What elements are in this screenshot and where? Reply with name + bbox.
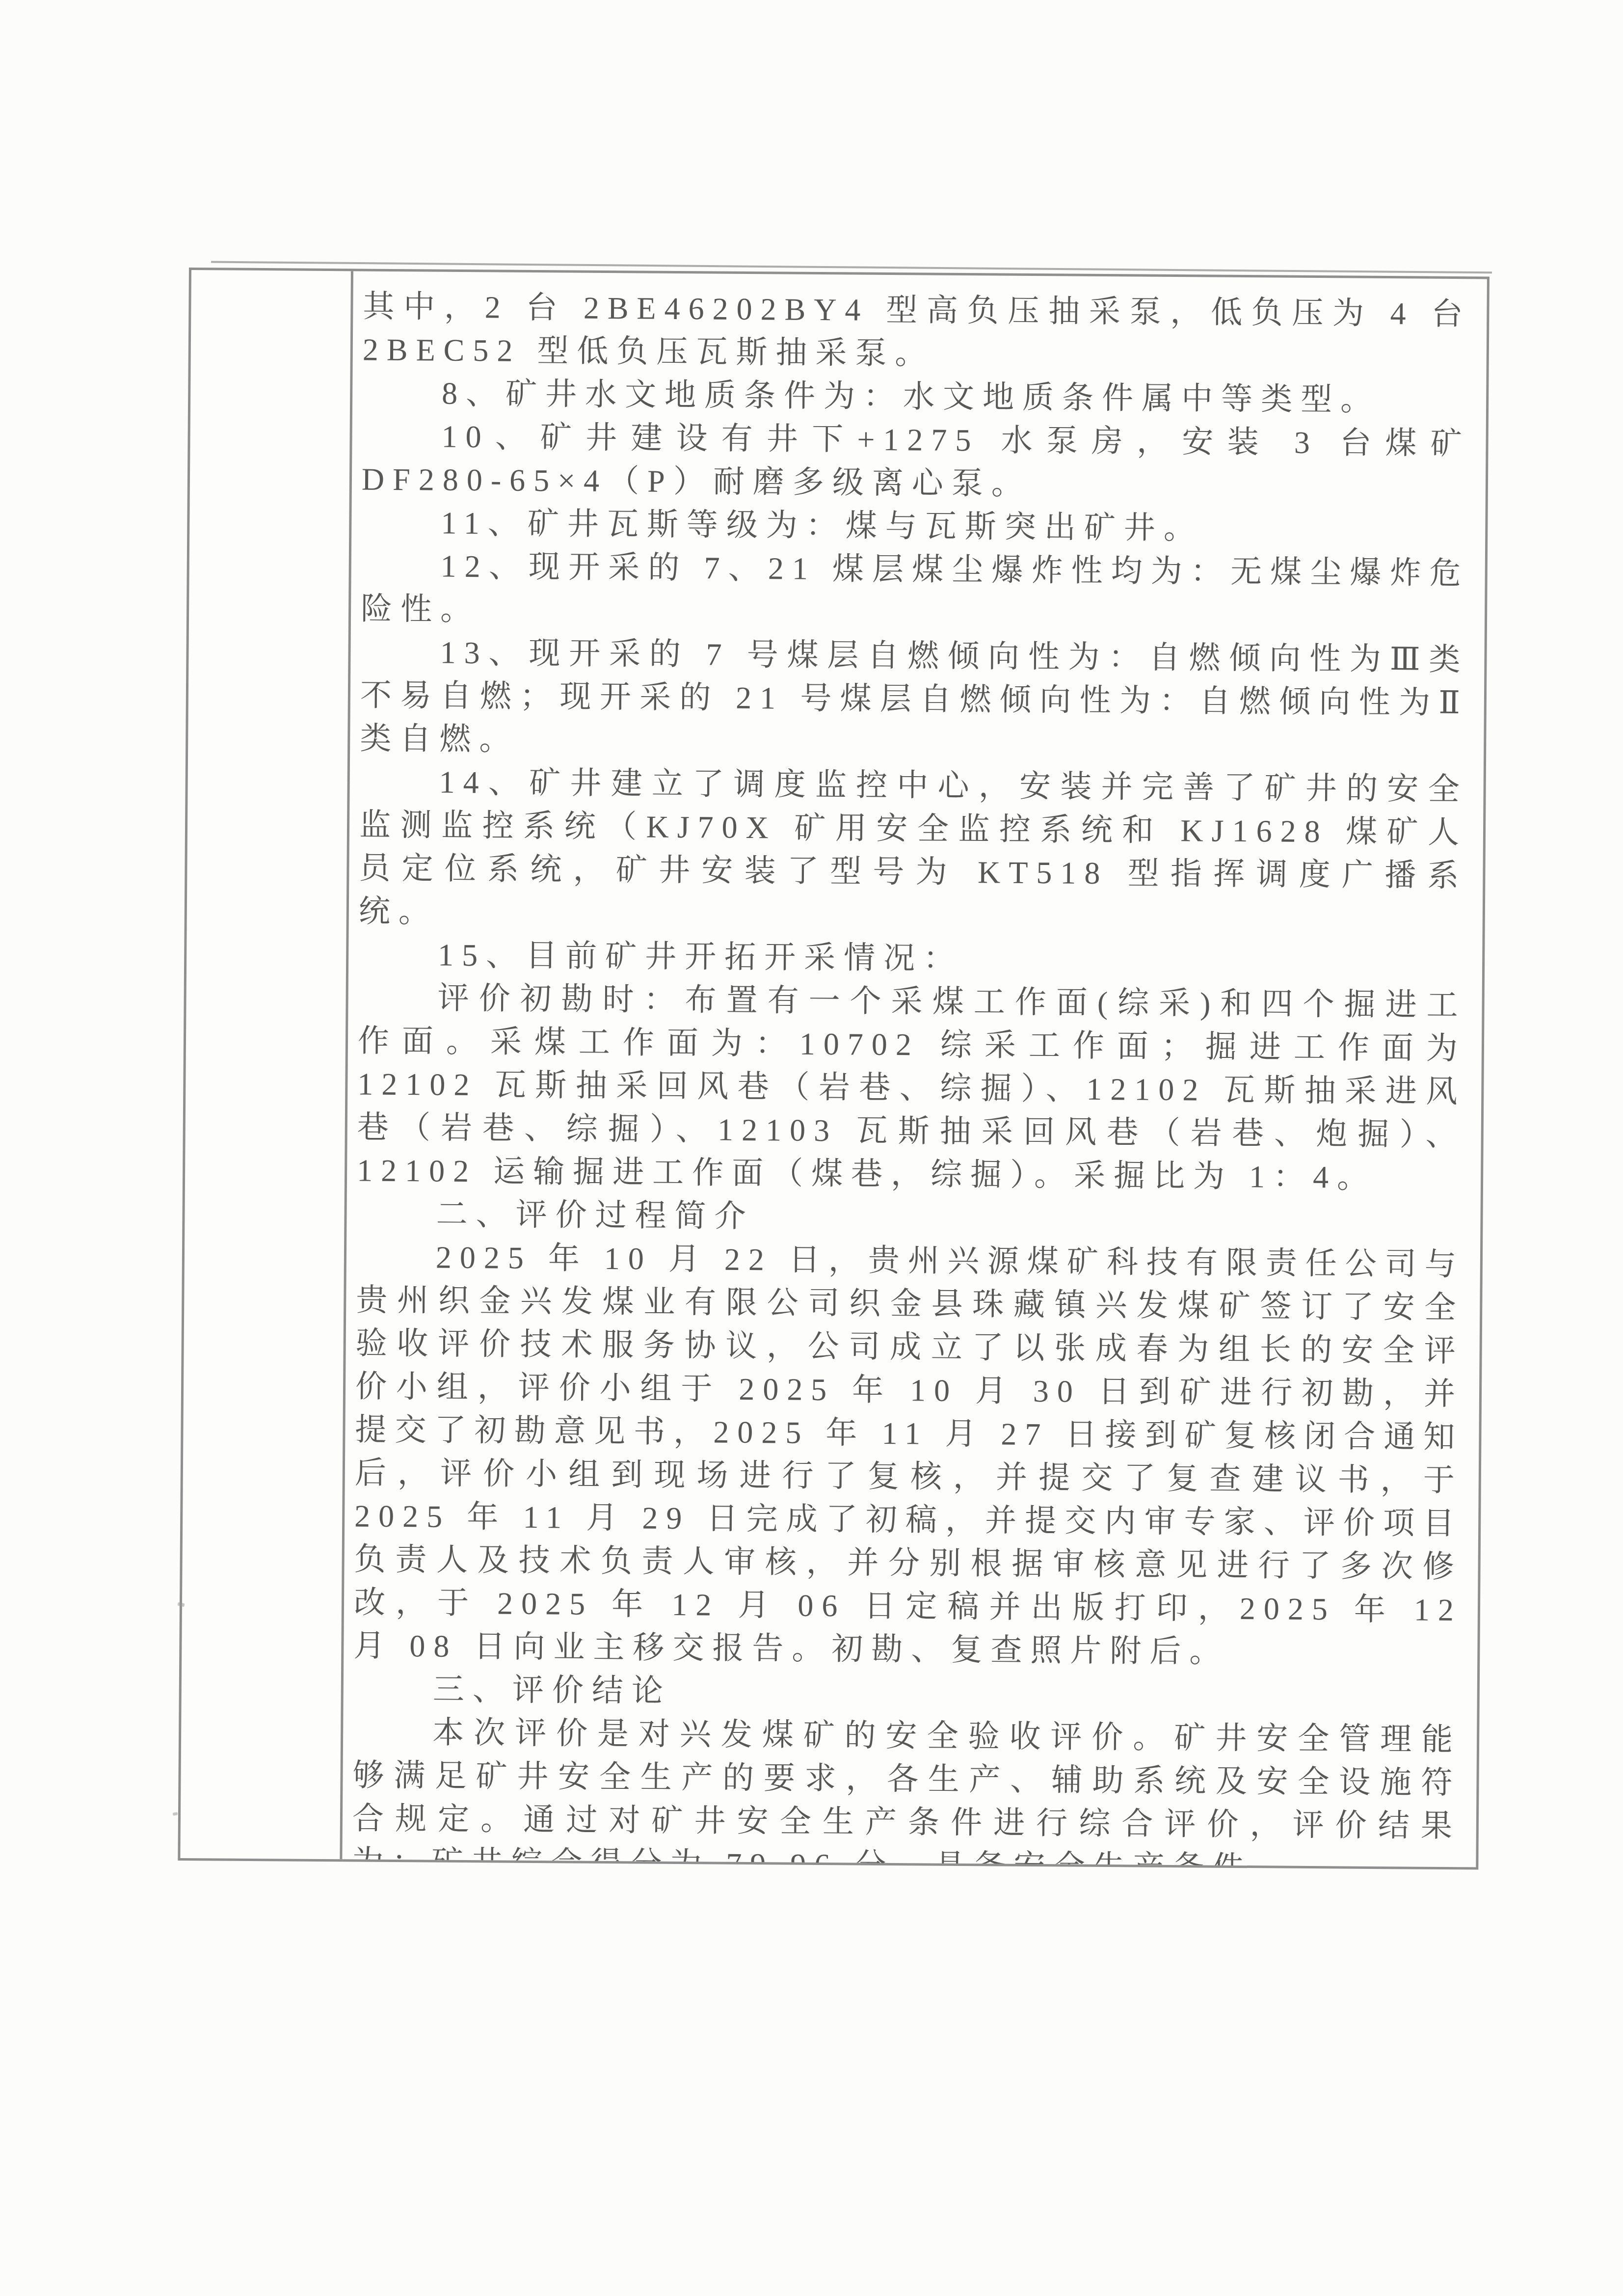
scanned-document-page: { "colors": { "ink": "#575757", "table_b… (0, 0, 1623, 2296)
paragraph: 13、现开采的 7 号煤层自燃倾向性为：自燃倾向性为Ⅲ类不易自燃；现开采的 21… (360, 630, 1469, 768)
paragraph: 12、现开采的 7、21 煤层煤尘爆炸性均为：无煤尘爆炸危险性。 (361, 544, 1469, 638)
table-left-cell (180, 270, 353, 1859)
paragraph: 其中，2 台 2BE46202BY4 型高负压抽采泵，低负压为 4 台 2BEC… (363, 285, 1471, 379)
paragraph: 15、目前矿井开拓开采情况： (358, 933, 1467, 984)
paragraph: 评价初勘时：布置有一个采煤工作面(综采)和四个掘进工作面。采煤工作面为：1070… (357, 976, 1466, 1200)
paragraph: 2025 年 10 月 22 日，贵州兴源煤矿科技有限责任公司与贵州织金兴发煤业… (353, 1235, 1464, 1675)
paragraph: 10、矿井建设有井下+1275 水泵房，安装 3 台煤矿 DF280-65×4（… (362, 414, 1470, 509)
paragraph: 本次评价是对兴发煤矿的安全验收评价。矿井安全管理能够满足矿井安全生产的要求，各生… (352, 1710, 1461, 1867)
paragraph: 11、矿井瓦斯等级为：煤与瓦斯突出矿井。 (361, 501, 1470, 552)
scan-speckle (173, 1812, 178, 1815)
section-heading-evaluation-conclusion: 三、评价结论 (353, 1667, 1462, 1718)
paragraph: 14、矿井建立了调度监控中心，安装并完善了矿井的安全监测监控系统（KJ70X 矿… (359, 760, 1468, 941)
report-table: 其中，2 台 2BE46202BY4 型高负压抽采泵，低负压为 4 台 2BEC… (178, 268, 1490, 1869)
section-heading-evaluation-process: 二、评价过程简介 (356, 1192, 1465, 1243)
scan-speckle (177, 1602, 185, 1607)
paragraph: 8、矿井水文地质条件为：水文地质条件属中等类型。 (362, 371, 1471, 422)
table-content-cell: 其中，2 台 2BE46202BY4 型高负压抽采泵，低负压为 4 台 2BEC… (342, 271, 1487, 1867)
